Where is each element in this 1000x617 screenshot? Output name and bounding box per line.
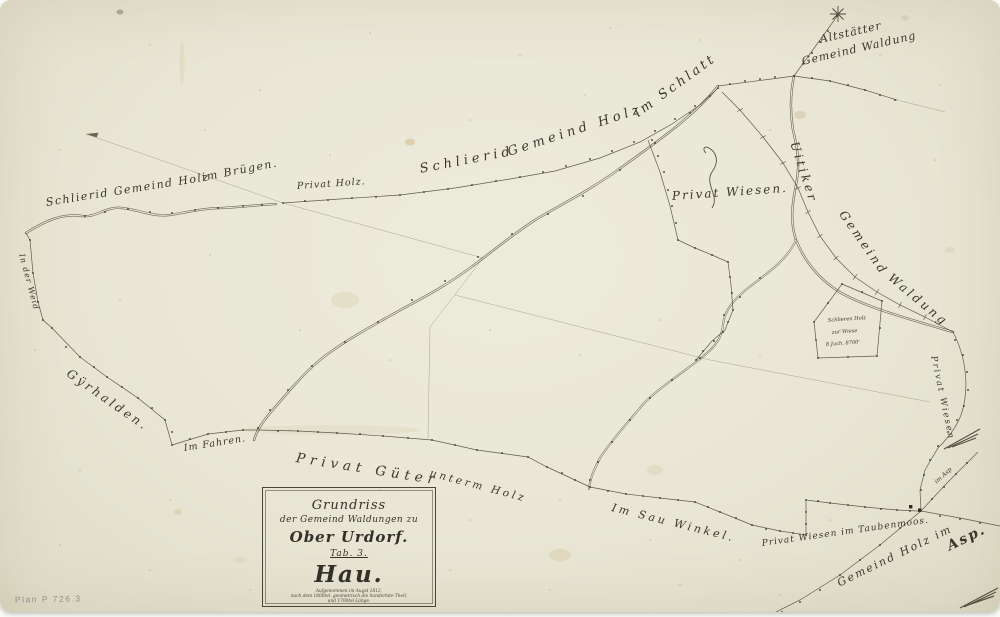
junction-dot [918, 509, 921, 512]
map-sheet: Schlierid Gemeind Holz im Brügen. Privat… [0, 0, 1000, 612]
cartouche-subtitle: der Gemeind Waldungen zu [266, 515, 432, 525]
boundary-wiesen-hook [648, 140, 733, 360]
boundary-gyrhalden [52, 328, 172, 445]
cartouche-tab-number: Tab. 3. [266, 549, 432, 559]
paper-stains [35, 10, 955, 596]
title-cartouche-inner: Grundriss der Gemeind Waldungen zu Ober … [265, 490, 433, 604]
junction-dot [909, 505, 912, 508]
cartouche-place: Ober Urdorf. [266, 528, 432, 546]
title-cartouche: Grundriss der Gemeind Waldungen zu Ober … [262, 487, 436, 607]
scanned-map-page: { "document": { "archive_stamp": "Plan P… [0, 0, 1000, 617]
star-marker [830, 6, 846, 22]
boundary-n1-right [794, 76, 897, 100]
survey-dots [30, 16, 980, 612]
boundaries [26, 15, 1000, 612]
cartouche-title: Grundriss [266, 498, 432, 513]
roads [26, 76, 953, 489]
cartouche-sheet-name: Hau. [266, 561, 432, 588]
cartouche-signature: Aufgenommen im Augst 1812, nach dem 1800… [289, 589, 409, 604]
hatch-arrow-corner [960, 588, 998, 608]
archive-stamp: Plan P 726.3 [15, 593, 82, 604]
boundary-n1-star [794, 15, 838, 76]
cartouche-signature-line2: nach dem 1800tel, geometrisch die hunder… [289, 594, 409, 604]
map-geometry [0, 0, 1000, 612]
sight-arrowhead [86, 133, 98, 138]
